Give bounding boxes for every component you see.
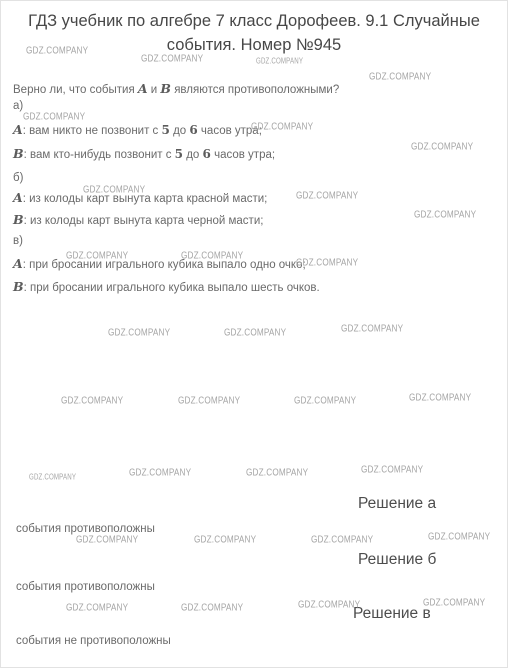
watermark: GDZ.COMPANY	[61, 395, 123, 407]
watermark: GDZ.COMPANY	[76, 534, 138, 546]
math-num: 5	[162, 123, 170, 137]
math-num: 6	[189, 123, 197, 137]
solution-c-text: события не противоположны	[16, 635, 171, 647]
watermark: GDZ.COMPANY	[423, 597, 485, 609]
watermark: GDZ.COMPANY	[23, 111, 85, 123]
problem-statement: Верно ли, что события A и B являются про…	[13, 81, 339, 96]
watermark: GDZ.COMPANY	[341, 323, 403, 335]
section-c-label: в)	[13, 235, 23, 247]
section-b-event-a-line: A: из колоды карт вынута карта красной м…	[13, 190, 267, 205]
page-title-line1: ГДЗ учебник по алгебре 7 класс Дорофеев.…	[1, 9, 507, 33]
watermark: GDZ.COMPANY	[414, 209, 476, 221]
math-var-b: B	[160, 81, 171, 96]
math-var-a: A	[13, 256, 23, 271]
section-a-label: а)	[13, 100, 23, 112]
event-text: часов утра;	[198, 125, 262, 137]
event-text: : при бросании игрального кубика выпало …	[23, 259, 306, 271]
section-b-label: б)	[13, 172, 23, 184]
gdz-answer-page: ГДЗ учебник по алгебре 7 класс Дорофеев.…	[0, 0, 508, 668]
watermark: GDZ.COMPANY	[129, 467, 191, 479]
watermark: GDZ.COMPANY	[29, 472, 76, 481]
event-text: : из колоды карт вынута карта красной ма…	[23, 193, 268, 205]
math-var-b: B	[13, 212, 24, 227]
solution-b-header: Решение б	[358, 551, 436, 569]
watermark: GDZ.COMPANY	[194, 534, 256, 546]
math-num: 6	[203, 147, 211, 161]
watermark: GDZ.COMPANY	[298, 599, 360, 611]
watermark: GDZ.COMPANY	[256, 56, 303, 65]
watermark: GDZ.COMPANY	[428, 531, 490, 543]
statement-text-1: Верно ли, что события	[13, 84, 138, 96]
event-text: до	[183, 149, 203, 161]
event-text: : из колоды карт вынута карта черной мас…	[24, 215, 264, 227]
section-c-event-a-line: A: при бросании игрального кубика выпало…	[13, 256, 306, 271]
math-var-a: A	[138, 81, 148, 96]
section-a-event-a-line: A: вам никто не позвонит с 5 до 6 часов …	[13, 122, 262, 137]
section-c-event-b-line: B: при бросании игрального кубика выпало…	[13, 279, 320, 294]
watermark: GDZ.COMPANY	[224, 327, 286, 339]
watermark: GDZ.COMPANY	[181, 602, 243, 614]
solution-a-text: события противоположны	[16, 523, 155, 535]
math-num: 5	[175, 147, 183, 161]
watermark: GDZ.COMPANY	[311, 534, 373, 546]
section-b-event-b-line: B: из колоды карт вынута карта черной ма…	[13, 212, 263, 227]
watermark: GDZ.COMPANY	[411, 141, 473, 153]
event-text: : вам никто не позвонит с	[23, 125, 162, 137]
watermark: GDZ.COMPANY	[66, 602, 128, 614]
math-var-b: B	[13, 279, 24, 294]
watermark: GDZ.COMPANY	[369, 71, 431, 83]
page-title: ГДЗ учебник по алгебре 7 класс Дорофеев.…	[1, 9, 507, 57]
event-text: часов утра;	[211, 149, 275, 161]
math-var-b: B	[13, 146, 24, 161]
math-var-a: A	[13, 122, 23, 137]
statement-text-2: и	[148, 84, 161, 96]
event-text: : вам кто-нибудь позвонит с	[24, 149, 175, 161]
solution-a-header: Решение а	[358, 495, 436, 513]
watermark: GDZ.COMPANY	[361, 464, 423, 476]
watermark: GDZ.COMPANY	[246, 467, 308, 479]
statement-text-3: являются противоположными?	[171, 84, 339, 96]
watermark: GDZ.COMPANY	[294, 395, 356, 407]
solution-b-text: события противоположны	[16, 581, 155, 593]
math-var-a: A	[13, 190, 23, 205]
watermark: GDZ.COMPANY	[296, 190, 358, 202]
solution-c-header: Решение в	[353, 605, 431, 623]
event-text: : при бросании игрального кубика выпало …	[24, 282, 320, 294]
page-title-line2: события. Номер №945	[1, 33, 507, 57]
section-a-event-b-line: B: вам кто-нибудь позвонит с 5 до 6 часо…	[13, 146, 275, 161]
watermark: GDZ.COMPANY	[108, 327, 170, 339]
event-text: до	[170, 125, 190, 137]
watermark: GDZ.COMPANY	[178, 395, 240, 407]
watermark: GDZ.COMPANY	[409, 392, 471, 404]
